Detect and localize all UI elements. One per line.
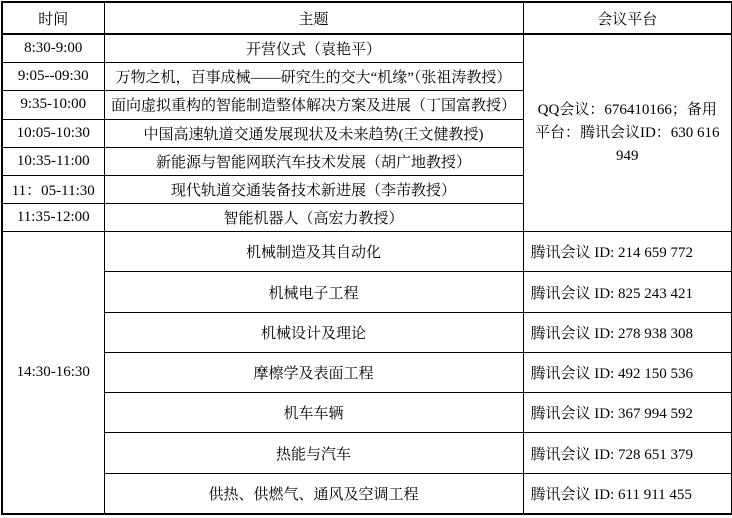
- table-row: 机械电子工程 腾讯会议 ID: 825 243 421: [2, 272, 732, 312]
- topic-cell: 开营仪式（袁艳平）: [104, 34, 523, 63]
- topic-cell: 新能源与智能网联汽车技术发展（胡广地教授）: [104, 147, 523, 175]
- header-platform: 会议平台: [523, 2, 732, 34]
- platform-cell: 腾讯会议 ID: 214 659 772: [523, 232, 732, 272]
- table-row: 供热、供燃气、通风及空调工程 腾讯会议 ID: 611 911 455: [2, 473, 732, 514]
- time-cell: 10:35-11:00: [2, 147, 104, 175]
- table-row: 机车车辆 腾讯会议 ID: 367 994 592: [2, 393, 732, 433]
- time-cell: 8:30-9:00: [2, 34, 104, 63]
- time-cell: 9:05--09:30: [2, 63, 104, 91]
- time-cell: 11：05-11:30: [2, 175, 104, 203]
- time-cell: 10:05-10:30: [2, 119, 104, 147]
- table-row: 8:30-9:00 开营仪式（袁艳平） QQ会议：676410166；备用平台：…: [2, 34, 732, 63]
- topic-cell: 机械设计及理论: [104, 312, 523, 352]
- topic-cell: 面向虚拟重构的智能制造整体解决方案及进展（丁国富教授）: [104, 91, 523, 119]
- time-cell: 9:35-10:00: [2, 91, 104, 119]
- topic-cell: 中国高速轨道交通发展现状及未来趋势(王文健教授): [104, 119, 523, 147]
- topic-cell: 机械制造及其自动化: [104, 232, 523, 272]
- platform-cell: 腾讯会议 ID: 278 938 308: [523, 312, 732, 352]
- topic-cell: 供热、供燃气、通风及空调工程: [104, 473, 523, 514]
- topic-cell: 现代轨道交通装备技术新进展（李芾教授）: [104, 175, 523, 203]
- topic-cell: 万物之机，百事成械——研究生的交大“机缘”（张祖涛教授）: [104, 63, 523, 91]
- table-row: 14:30-16:30 机械制造及其自动化 腾讯会议 ID: 214 659 7…: [2, 232, 732, 272]
- topic-cell: 摩檫学及表面工程: [104, 352, 523, 392]
- table-row: 摩檫学及表面工程 腾讯会议 ID: 492 150 536: [2, 352, 732, 392]
- time-cell-afternoon: 14:30-16:30: [2, 232, 104, 514]
- schedule-table: 时间 主题 会议平台 8:30-9:00 开营仪式（袁艳平） QQ会议：6764…: [1, 1, 732, 515]
- topic-cell: 机车车辆: [104, 393, 523, 433]
- schedule-page: 时间 主题 会议平台 8:30-9:00 开营仪式（袁艳平） QQ会议：6764…: [0, 0, 732, 518]
- platform-cell: 腾讯会议 ID: 611 911 455: [523, 473, 732, 514]
- header-time: 时间: [2, 2, 104, 34]
- time-cell: 11:35-12:00: [2, 204, 104, 232]
- header-row: 时间 主题 会议平台: [2, 2, 732, 34]
- table-row: 热能与汽车 腾讯会议 ID: 728 651 379: [2, 433, 732, 473]
- topic-cell: 热能与汽车: [104, 433, 523, 473]
- platform-cell-morning: QQ会议：676410166；备用平台：腾讯会议ID：630 616 949: [523, 34, 732, 232]
- table-row: 机械设计及理论 腾讯会议 ID: 278 938 308: [2, 312, 732, 352]
- platform-cell: 腾讯会议 ID: 825 243 421: [523, 272, 732, 312]
- header-topic: 主题: [104, 2, 523, 34]
- topic-cell: 机械电子工程: [104, 272, 523, 312]
- topic-cell: 智能机器人（高宏力教授）: [104, 204, 523, 232]
- platform-cell: 腾讯会议 ID: 728 651 379: [523, 433, 732, 473]
- platform-cell: 腾讯会议 ID: 367 994 592: [523, 393, 732, 433]
- platform-cell: 腾讯会议 ID: 492 150 536: [523, 352, 732, 392]
